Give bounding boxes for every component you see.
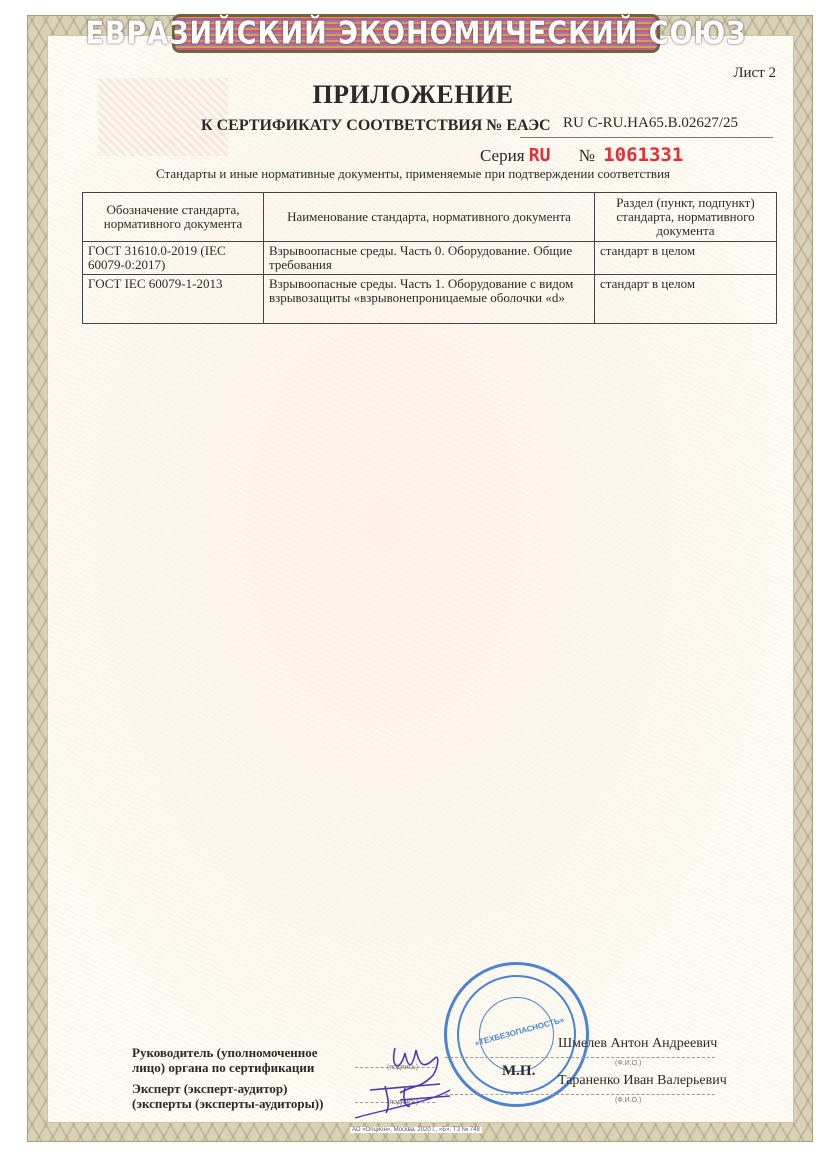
cell-name: Взрывоопасные среды. Часть 0. Оборудован… [264,242,595,275]
head-fio-caption: (Ф.И.О.) [615,1060,641,1067]
standards-table: Обозначение стандарта, нормативного доку… [82,192,777,324]
signature-labels: Руководитель (уполномоченное лицо) орган… [132,1045,342,1117]
table-caption: Стандарты и иные нормативные документы, … [0,166,826,182]
signature-strokes [350,1028,460,1123]
head-name-line [445,1057,715,1058]
header-designation: Обозначение стандарта, нормативного доку… [83,193,264,242]
seal-label: М.П. [502,1063,535,1080]
cell-designation: ГОСТ IEC 60079-1-2013 [83,275,264,324]
header-section: Раздел (пункт, подпункт) стандарта, норм… [595,193,777,242]
number-sign: № [579,146,595,165]
cell-name: Взрывоопасные среды. Часть 1. Оборудован… [264,275,595,324]
table-header-row: Обозначение стандарта, нормативного доку… [83,193,777,242]
cell-section: стандарт в целом [595,275,777,324]
header-name: Наименование стандарта, нормативного док… [264,193,595,242]
cell-section: стандарт в целом [595,242,777,275]
expert-label: Эксперт (эксперт-аудитор) (эксперты (экс… [132,1081,342,1111]
blank-number: 1061331 [603,144,683,166]
cell-designation: ГОСТ 31610.0-2019 (IEC 60079-0:2017) [83,242,264,275]
series-value: RU [529,145,551,166]
series-label: Серия [480,146,525,165]
expert-name: Тараненко Иван Валерьевич [558,1073,727,1089]
table-row: ГОСТ 31610.0-2019 (IEC 60079-0:2017) Взр… [83,242,777,275]
head-name: Шмелев Антон Андреевич [558,1036,717,1052]
certificate-label: К СЕРТИФИКАТУ СООТВЕТСТВИЯ № ЕАЭС [201,117,551,135]
printer-footer: АО «Опцион», Москва, 2020 г., «Б», ТЗ № … [350,1127,482,1133]
expert-fio-caption: (Ф.И.О.) [615,1097,641,1104]
expert-name-line [445,1094,715,1095]
certificate-underline [520,137,773,138]
certificate-number: RU C-RU.HA65.B.02627/25 [563,115,738,132]
union-banner-text: ЕВРАЗИЙСКИЙ ЭКОНОМИЧЕСКИЙ СОЮЗ [86,16,747,52]
table-row: ГОСТ IEC 60079-1-2013 Взрывоопасные сред… [83,275,777,324]
series-line: Серия RU № 1061331 [480,144,683,166]
stamp-text: «ТЕХБЕЗОПАСНОСТЬ» [468,1014,572,1050]
union-banner: ЕВРАЗИЙСКИЙ ЭКОНОМИЧЕСКИЙ СОЮЗ [172,14,660,53]
head-label: Руководитель (уполномоченное лицо) орган… [132,1045,332,1075]
page-title: ПРИЛОЖЕНИЕ [0,80,826,110]
